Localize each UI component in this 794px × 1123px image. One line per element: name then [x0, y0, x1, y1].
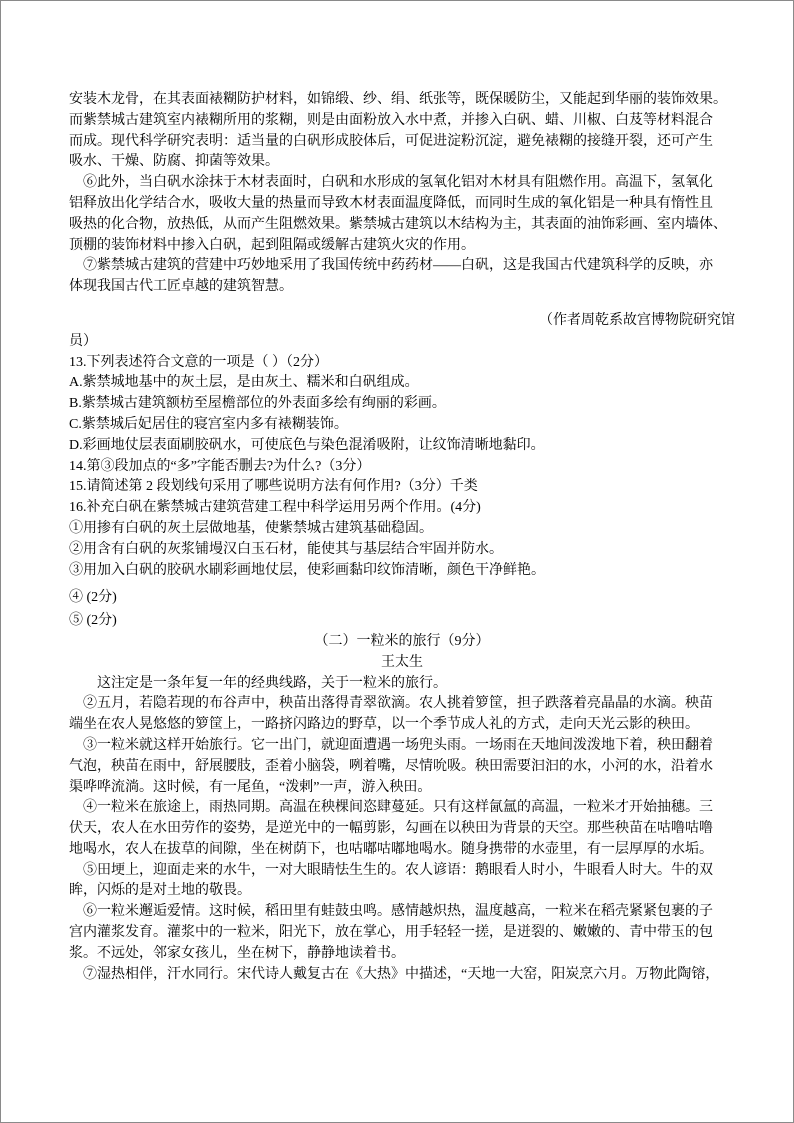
- section-heading: （二）一粒米的旅行（9分）: [69, 632, 735, 653]
- passage-baifan-line: 吸热的化合物，放热低，从而产生阻燃效果。紫禁城古建筑以木结构为主，其表面的油饰彩…: [69, 215, 735, 236]
- question-14-line: 14.第③段加点的“多”字能否删去?为什么?（3分）: [69, 457, 735, 478]
- question-13-line: 13.下列表述符合文意的一项是（ ）（2分）: [69, 353, 735, 374]
- attribution-line: （作者周乾系故宫博物院研究馆: [69, 311, 735, 332]
- answer-item-1-line: ①用掺有白矾的灰土层做地基，使紫禁城古建筑基础稳固。: [69, 519, 735, 540]
- option-b-line: B.紫禁城古建筑额枋至屋檐部位的外表面多绘有绚丽的彩画。: [69, 394, 735, 415]
- answer-item-5-line: ⑤ (2分): [69, 611, 735, 632]
- passage-baifan-line: 体现我国古代工匠卓越的建筑智慧。: [69, 277, 735, 298]
- question-16-line: 16.补充白矾在紫禁城古建筑营建工程中科学运用另两个作用。(4分): [69, 498, 735, 519]
- passage-rice-paragraph-7-line: ⑦湿热相伴，汗水同行。宋代诗人戴复古在《大热》中描述，“天地一大窑，阳炭烹六月。…: [69, 965, 735, 986]
- passage-rice-line: 地喝水，农人在拔草的间隙，坐在树荫下，也咕嘟咕嘟地喝水。随身携带的水壶里，有一层…: [69, 840, 735, 861]
- passage-rice-line: 这注定是一条年复一年的经典线路，关于一粒米的旅行。: [69, 674, 735, 695]
- passage-baifan-paragraph-7-line: ⑦紫禁城古建筑的营建中巧妙地采用了我国传统中药药材——白矾，这是我国古代建筑科学…: [69, 256, 735, 277]
- passage-rice-paragraph-3-line: ③一粒米就这样开始旅行。它一出门，就迎面遭遇一场兜头雨。一场雨在天地间泼泼地下着…: [69, 736, 735, 757]
- author-line: 王太生: [69, 653, 735, 674]
- answer-item-2-line: ②用含有白矾的灰浆铺墁汉白玉石材，能使其与基层结合牢固并防水。: [69, 540, 735, 561]
- passage-rice-line: 伏天，农人在水田劳作的姿势，是逆光中的一幅剪影，勾画在以秧田为背景的天空。那些秧…: [69, 819, 735, 840]
- passage-baifan-line: 而成。现代科学研究表明：适当量的白矾形成胶体后，可促进淀粉沉淀，避免裱糊的接缝开…: [69, 132, 735, 153]
- passage-rice-paragraph-6-line: ⑥一粒米邂逅爱情。这时候，稻田里有蛙鼓虫鸣。感情越炽热，温度越高，一粒米在稻壳紧…: [69, 902, 735, 923]
- passage-rice-paragraph-5-line: ⑤田埂上，迎面走来的水牛，一对大眼睛怯生生的。农人谚语：鹅眼看人时小，牛眼看人时…: [69, 861, 735, 882]
- passage-baifan-line: 铝释放出化学结合水，吸收大量的热量而导致木材表面温度降低，而同时生成的氧化铝是一…: [69, 194, 735, 215]
- passage-rice-paragraph-4-line: ④一粒米在旅途上，雨热同期。高温在秧棵间恣肆蔓延。只有这样氤氲的高温，一粒米才开…: [69, 798, 735, 819]
- option-c-line: C.紫禁城后妃居住的寝宫室内多有裱糊装饰。: [69, 415, 735, 436]
- answer-item-3-line: ③用加入白矾的胶矾水刷彩画地仗层，使彩画黏印纹饰清晰，颜色干净鲜艳。: [69, 561, 735, 582]
- question-15-line: 15.请简述第 2 段划线句采用了哪些说明方法有何作用?（3分）千类: [69, 477, 735, 498]
- attribution-line: 员）: [69, 332, 735, 353]
- passage-rice-line: 端坐在农人晃悠悠的箩筐上，一路挤闪路边的野草，以一个季节成人礼的方式，走向天光云…: [69, 715, 735, 736]
- passage-rice-paragraph-2-line: ②五月，若隐若现的布谷声中，秧苗出落得青翠欲滴。农人挑着箩筐，担子跌落着亮晶晶的…: [69, 694, 735, 715]
- passage-baifan-line: 吸水、干燥、防腐、抑菌等效果。: [69, 152, 735, 173]
- passage-baifan-paragraph-6-line: ⑥此外，当白矾水涂抹于木材表面时，白矾和水形成的氢氧化铝对木材具有阻燃作用。高温…: [69, 173, 735, 194]
- document-page: 安装木龙骨，在其表面裱糊防护材料，如锦缎、纱、绢、纸张等，既保暖防尘，又能起到华…: [0, 0, 794, 1123]
- passage-rice-line: 宫内灌浆发育。灌浆中的一粒米，阳光下，放在掌心，用手轻轻一搓，是迸裂的、嫩嫩的、…: [69, 923, 735, 944]
- option-a-line: A.紫禁城地基中的灰土层，是由灰土、糯米和白矾组成。: [69, 373, 735, 394]
- passage-baifan-line: 顶棚的装饰材料中掺入白矾，起到阻隔或缓解古建筑火灾的作用。: [69, 236, 735, 257]
- passage-baifan-line: 而紫禁城古建筑室内裱糊所用的浆糊，则是由面粉放入水中煮，并掺入白矾、蜡、川椒、白…: [69, 111, 735, 132]
- answer-item-4-line: ④ (2分): [69, 588, 735, 609]
- passage-rice-line: 浆。不远处，邻家女孩儿，坐在树下，静静地读着书。: [69, 944, 735, 965]
- passage-baifan-line: 安装木龙骨，在其表面裱糊防护材料，如锦缎、纱、绢、纸张等，既保暖防尘，又能起到华…: [69, 90, 735, 111]
- passage-rice-line: 渠哗哗流淌。这时候，有一尾鱼，“泼剌”一声，游入秧田。: [69, 778, 735, 799]
- passage-rice-line: 气泡，秧苗在雨中，舒展腰肢，歪着小脑袋，咧着嘴，尽情吮吸。秧田需要汩汩的水，小河…: [69, 757, 735, 778]
- passage-rice-line: 眸，闪烁的是对土地的敬畏。: [69, 881, 735, 902]
- option-d-line: D.彩画地仗层表面刷胶矾水，可使底色与染色混淆吸附，让纹饰清晰地黏印。: [69, 436, 735, 457]
